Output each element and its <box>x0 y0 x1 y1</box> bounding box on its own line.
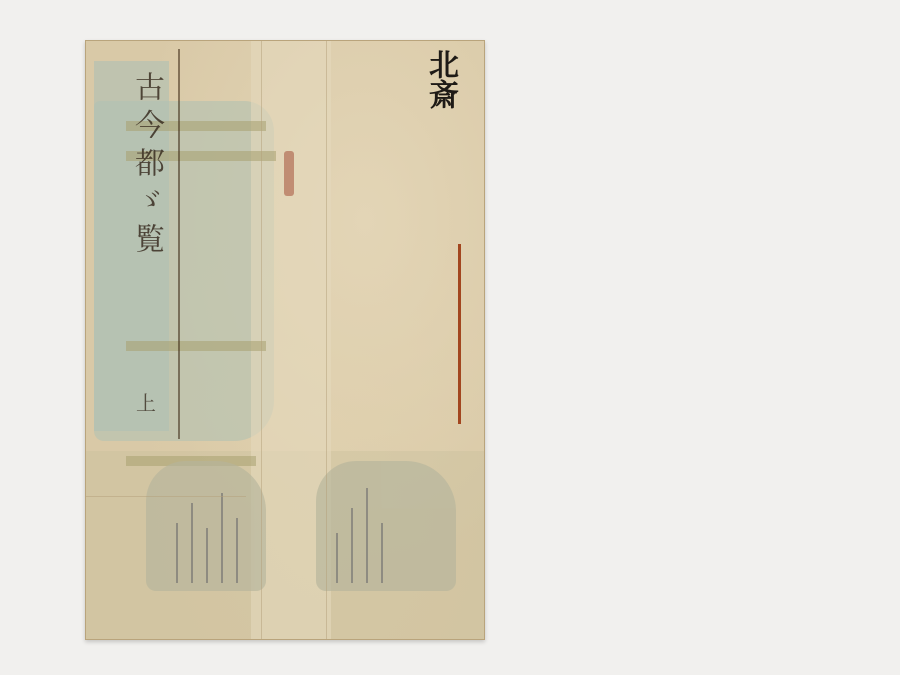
grass-motif-left <box>146 461 266 591</box>
crease <box>86 496 246 497</box>
crease <box>326 41 327 639</box>
corner-label: 北斎 <box>422 49 458 109</box>
title-slip: 古今都ゞ覧 上 <box>98 49 180 439</box>
binding-thread <box>458 244 461 424</box>
crease <box>261 41 262 639</box>
title-text: 古今都ゞ覧 <box>126 71 166 261</box>
grass-motif-right <box>316 461 456 591</box>
book-cover: 古今都ゞ覧 上 北斎 <box>85 40 485 640</box>
red-stain <box>284 151 294 196</box>
volume-mark: 上 <box>136 387 156 416</box>
